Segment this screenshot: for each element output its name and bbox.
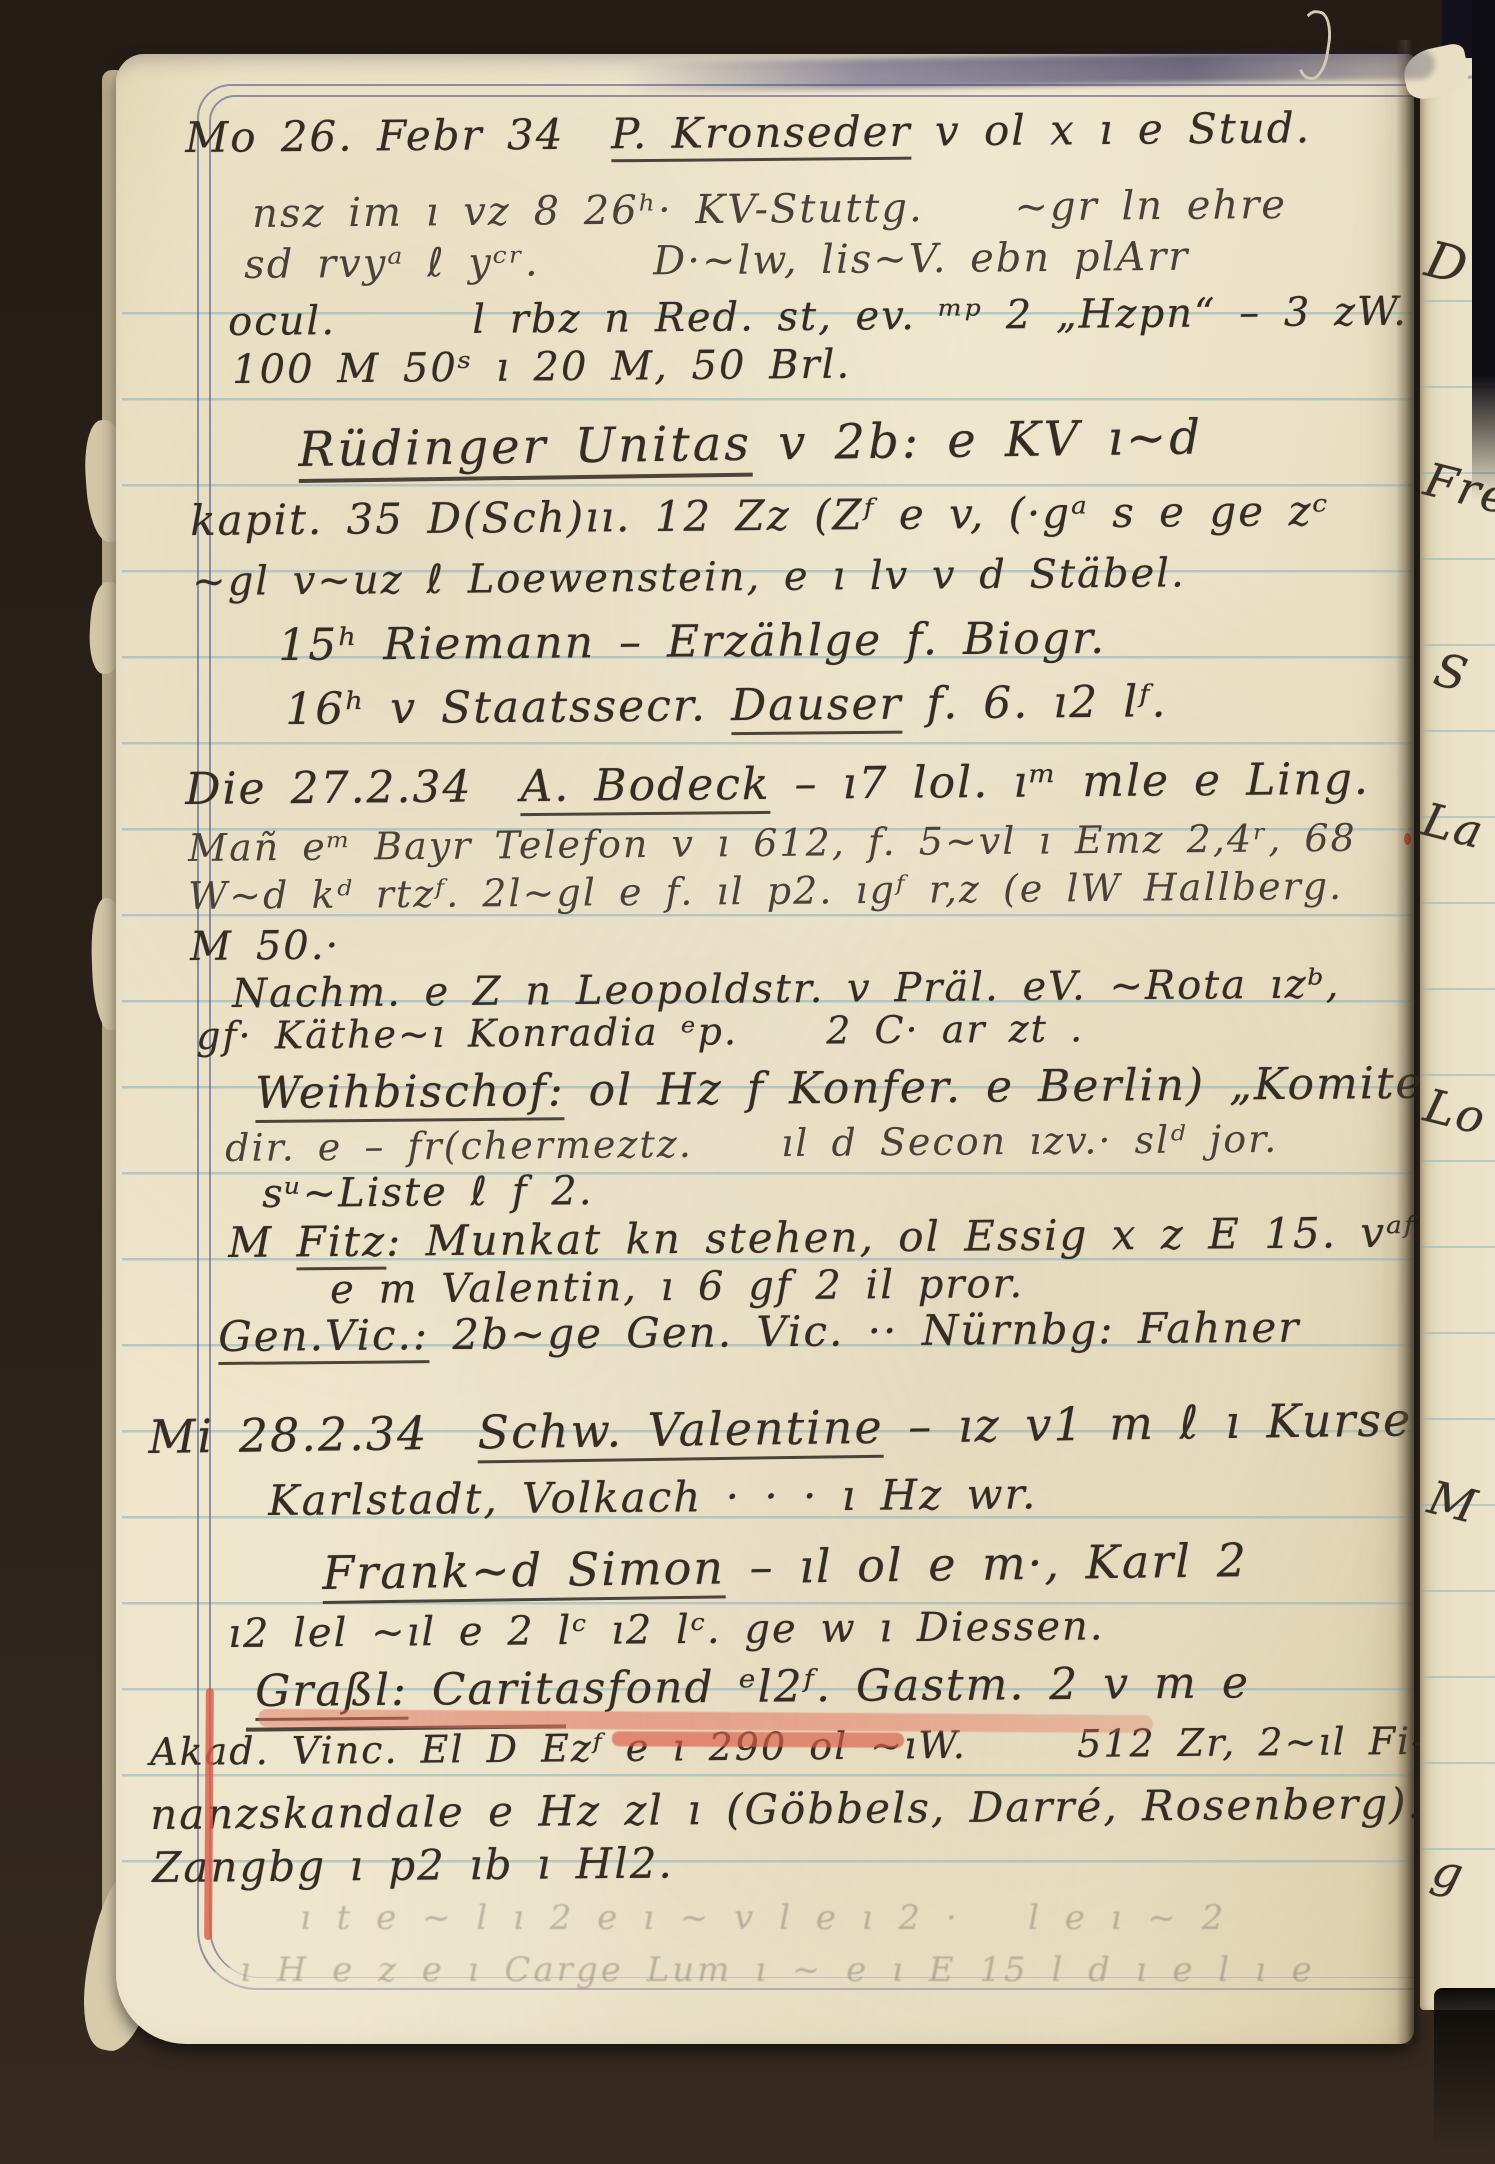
entry-heading: P. Kronseder [611,107,912,163]
diary-line: 100 M 50ˢ ı 20 M, 50 Brl. [232,343,851,392]
line-text: M [228,1217,297,1267]
line-text: Karlstadt, Volkach · · · ı Hz wr. [268,1469,1038,1525]
entry-heading: Dauser [731,679,903,735]
line-text: gf· Käthe~ı Konradia ᵉp. 2 C· ar zt . [196,1006,1084,1058]
line-text: Zangbg ı p2 ıb ı Hl2. [152,1838,674,1892]
diary-line: Mo 26. Febr 34 P. Kronseder v ol x ı e S… [185,105,1311,161]
line-text: v ol x ı e Stud. [911,103,1311,155]
line-text: sᵘ~Liste ℓ f 2. [262,1168,594,1217]
line-text: 100 M 50ˢ ı 20 M, 50 Brl. [232,342,851,393]
entry-heading: Schw. Valentine [477,1400,884,1464]
bleed-through-text: ı t e ~ l ı 2 e ı ~ v l e ı 2 · l e ı ~ … [300,1898,1226,1938]
line-text: v 2b: e KV ı~d [752,409,1204,471]
diary-line: sᵘ~Liste ℓ f 2. [262,1169,594,1216]
bleed-through-text: ı H e z e ı Carge Lum ı ~ e ı E 15 l d ı… [240,1950,1315,1990]
diary-line: M Fitz: Munkat kn stehen, ol Essig x z E… [228,1210,1416,1267]
diary-line: 16ʰ v Staatssecr. Dauser f. 6. ı2 lᶠ. [285,678,1168,734]
diary-line: Die 27.2.34 A. Bodeck – ı7 lol. ıᵐ mle e… [185,756,1370,815]
diary-line: Graßl: Caritasfond ᵉl2ᶠ. Gastm. 2 v m e [255,1659,1250,1716]
diary-line: Zangbg ı p2 ıb ı Hl2. [152,1840,674,1891]
line-text: ı2 lel ~ıl e 2 lᶜ ı2 lᶜ. ge w ı Diessen. [228,1603,1105,1657]
entry-heading: A. Bodeck [520,759,771,816]
entry-date: Mi 28.2.34 [148,1405,478,1464]
diary-line: 15ʰ Riemann – Erzählge f. Biogr. [278,615,1106,671]
line-text: 2b~ge Gen. Vic. ·· Nürnbg: Fahner [429,1303,1301,1360]
line-text: 16ʰ v Staatssecr. [285,680,731,735]
line-text: dir. e – fr(chermeztz. ıl d Secon ızv.· … [225,1117,1278,1170]
entry-heading: Rüdinger Unitas [298,416,752,483]
entry-date: Mo 26. Febr 34 [185,109,611,162]
entry-date: Die 27.2.34 [185,761,521,815]
line-text: ~gl v~uz ℓ Loewenstein, e ı lv v d Stäbe… [192,550,1186,605]
entry-heading: Fitz [296,1217,386,1271]
diary-line: M 50.· [190,924,340,969]
book-edge-dark [1472,0,1495,500]
diary-line: nsz im ı vz 8 26ʰ· KV-Stuttg. ~gr ln ehr… [252,183,1287,236]
diary-line: ~gl v~uz ℓ Loewenstein, e ı lv v d Stäbe… [192,551,1186,604]
line-text: M 50.· [190,923,340,970]
line-text: sd rvyᵃ ℓ yᶜʳ. D·~lw, lis~V. ebn plArr [244,234,1190,288]
diary-line: dir. e – fr(chermeztz. ıl d Secon ızv.· … [225,1119,1278,1170]
line-text: f. 6. ı2 lᶠ. [902,676,1167,729]
diary-line: Karlstadt, Volkach · · · ı Hz wr. [268,1471,1038,1524]
line-text: ol Hz f Konfer. e Berlin) „Komite [564,1058,1423,1116]
diary-line: ocul. l rbz n Red. st, ev. ᵐᵖ 2 „Hzpn“ –… [228,290,1408,344]
diary-line: gf· Käthe~ı Konradia ᵉp. 2 C· ar zt . [196,1008,1084,1058]
entry-heading: Weihbischof: [255,1065,565,1123]
diary-line: Rüdinger Unitas v 2b: e KV ı~d [298,411,1203,476]
line-text: – ı7 lol. ıᵐ mle e Ling. [770,754,1370,810]
diary-line: ı2 lel ~ıl e 2 lᶜ ı2 lᶜ. ge w ı Diessen. [228,1604,1105,1656]
line-text: 15ʰ Riemann – Erzählge f. Biogr. [278,613,1106,671]
line-text: kapit. 35 D(Sch)ıı. 12 Zz (Zᶠ e v, (·gᵃ … [190,486,1330,545]
diary-line: e m Valentin, ı 6 gf 2 il pror. [330,1262,1024,1312]
line-text: Caritasfond ᵉl2ᶠ. Gastm. 2 v m e [408,1657,1250,1715]
entry-heading: Frank~d Simon [322,1540,725,1604]
diary-line: kapit. 35 D(Sch)ıı. 12 Zz (Zᶠ e v, (·gᵃ … [190,488,1330,544]
diary-line: Gen.Vic.: 2b~ge Gen. Vic. ·· Nürnbg: Fah… [218,1305,1300,1361]
line-text: nsz im ı vz 8 26ʰ· KV-Stuttg. ~gr ln ehr… [252,182,1287,237]
line-text: : Munkat kn stehen, ol Essig x z E 15. v… [386,1208,1416,1266]
entry-heading: Gen.Vic.: [218,1310,429,1365]
line-text: – ıl ol e m·, Karl 2 [725,1533,1249,1594]
book-edge-dark [1434,1988,1495,2164]
diary-line: sd rvyᵃ ℓ yᶜʳ. D·~lw, lis~V. ebn plArr [244,235,1190,287]
diary-line: Weihbischof: ol Hz f Konfer. e Berlin) „… [255,1060,1424,1119]
red-crayon-underline [612,1731,904,1748]
diary-photo: Mo 26. Febr 34 P. Kronseder v ol x ı e S… [0,0,1495,2164]
